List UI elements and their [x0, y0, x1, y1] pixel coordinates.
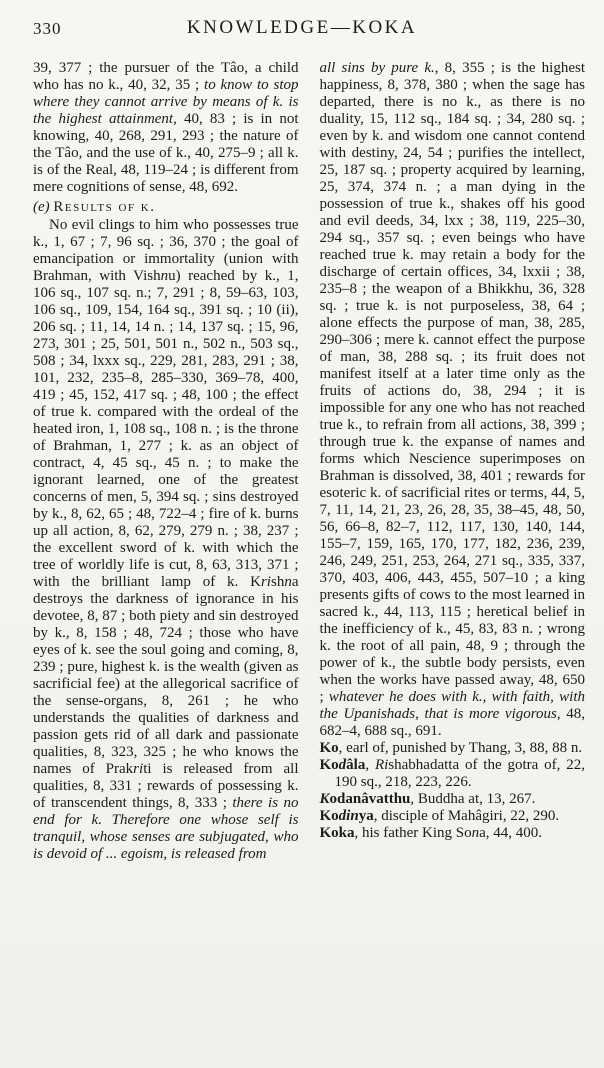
text-segment: Ko — [320, 808, 339, 824]
text-segment: Koka — [320, 825, 355, 841]
index-paragraph: 39, 377 ; the pursuer of the Tâo, a chil… — [33, 60, 299, 196]
text-segment: , 8, 355 ; is the highest happiness, 8, … — [320, 60, 586, 705]
text-segment: Results of k. — [53, 199, 155, 215]
text-segment: a, 44, 400. — [479, 825, 542, 841]
text-segment: Ri — [375, 757, 388, 773]
index-entry: Kodinya, disciple of Mahâgiri, 22, 290. — [320, 808, 586, 825]
page-number: 330 — [33, 19, 62, 39]
text-segment: n — [472, 825, 480, 841]
text-segment: odanâvatthu — [330, 791, 411, 807]
text-segment: , his father King So — [355, 825, 472, 841]
index-entry: Kodâla, Rishabhadatta of the gotra of, 2… — [320, 757, 586, 791]
page-header: 330 KNOWLEDGE—KOKA — [0, 0, 604, 47]
text-segment: K — [320, 791, 330, 807]
text-segment: a destroys the darkness of ignorance in … — [33, 574, 299, 777]
text-segment: whatever he does with k., with faith, wi… — [320, 689, 586, 722]
text-segment: âla — [346, 757, 365, 773]
text-segment: Ko — [320, 740, 339, 756]
section-heading: (e) Results of k. — [33, 199, 299, 216]
index-paragraph: No evil clings to him who possesses true… — [33, 217, 299, 863]
right-column: all sins by pure k., 8, 355 ; is the hig… — [320, 60, 586, 863]
text-segment: , disciple of Mahâgiri, 22, 290. — [374, 808, 559, 824]
text-segment: ri — [133, 761, 143, 777]
text-segment: Ko — [320, 757, 339, 773]
text-segment: n — [284, 574, 292, 590]
text-segment: , Buddha at, 13, 267. — [410, 791, 535, 807]
text-segment: ya — [359, 808, 374, 824]
text-segment: u) reached by k., 1, 106 sq., 107 sq. n.… — [33, 268, 299, 590]
text-segment: ri — [261, 574, 271, 590]
text-segment: sh — [271, 574, 284, 590]
index-entry: Kodanâvatthu, Buddha at, 13, 267. — [320, 791, 586, 808]
text-segment: (e) — [33, 199, 50, 215]
book-page: 330 KNOWLEDGE—KOKA 39, 377 ; the pursuer… — [0, 0, 604, 1068]
text-segment: din — [339, 808, 359, 824]
index-entry: Ko, earl of, punished by Thang, 3, 88, 8… — [320, 740, 586, 757]
left-column: 39, 377 ; the pursuer of the Tâo, a chil… — [33, 60, 299, 863]
text-columns: 39, 377 ; the pursuer of the Tâo, a chil… — [0, 60, 604, 863]
text-segment: , earl of, punished by Thang, 3, 88, 88 … — [339, 740, 582, 756]
text-segment: , — [365, 757, 375, 773]
text-segment: n — [161, 268, 169, 284]
index-paragraph: all sins by pure k., 8, 355 ; is the hig… — [320, 60, 586, 740]
index-entry: Koka, his father King Sona, 44, 400. — [320, 825, 586, 842]
running-title: KNOWLEDGE—KOKA — [0, 17, 604, 39]
text-segment: all sins by pure k. — [320, 60, 435, 76]
